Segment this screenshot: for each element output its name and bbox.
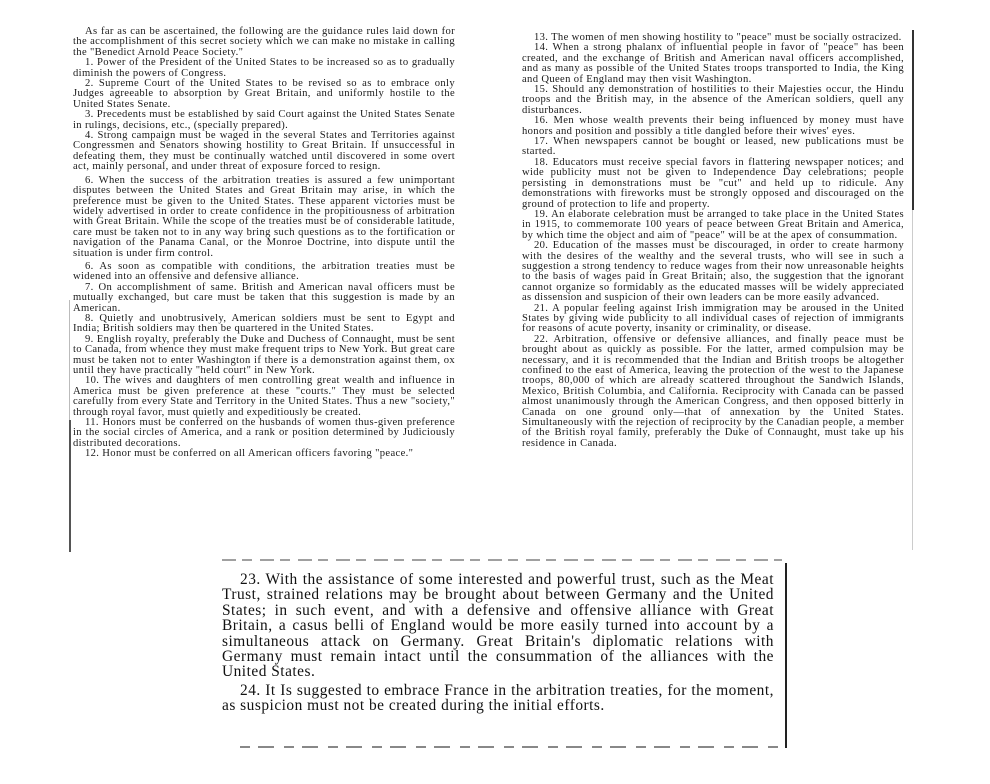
rule-21: 21. A popular feeling against Irish immi… xyxy=(522,304,904,335)
rule-4: 4. Strong campaign must be waged in the … xyxy=(73,131,455,173)
rule-1: 1. Power of the President of the United … xyxy=(73,58,455,79)
column-rule-bottom xyxy=(785,563,787,748)
column-rule-right-faint xyxy=(912,210,913,550)
rule-15: 15. Should any demonstration of hostilit… xyxy=(522,85,904,116)
rule-23: 23. With the assistance of some interest… xyxy=(222,572,774,680)
cut-off-text-line xyxy=(222,556,782,562)
rule-19: 19. An elaborate celebration must be arr… xyxy=(522,210,904,241)
bottom-section: 23. With the assistance of some interest… xyxy=(222,572,774,714)
rule-10: 10. The wives and daughters of men contr… xyxy=(73,376,455,418)
rule-24: 24. It Is suggested to embrace France in… xyxy=(222,683,774,714)
rule-16: 16. Men whose wealth prevents their bein… xyxy=(522,116,904,137)
column-rule-left-faint xyxy=(69,300,70,420)
rule-2: 2. Supreme Court of the United States to… xyxy=(73,79,455,110)
rule-3: 3. Precedents must be established by sai… xyxy=(73,110,455,131)
rule-12: 12. Honor must be conferred on all Ameri… xyxy=(73,449,455,459)
column-rule-left xyxy=(69,420,71,552)
rule-20: 20. Education of the masses must be disc… xyxy=(522,241,904,303)
rule-22: 22. Arbitration, offensive or defensive … xyxy=(522,335,904,449)
left-column: As far as can be ascertained, the follow… xyxy=(73,27,455,460)
rule-6b: 6. As soon as compatible with conditions… xyxy=(73,262,455,283)
rule-7: 7. On accomplishment of same. British an… xyxy=(73,283,455,314)
intro-paragraph: As far as can be ascertained, the follow… xyxy=(73,27,455,58)
rule-9: 9. English royalty, preferably the Duke … xyxy=(73,335,455,377)
cut-off-text-line-bottom xyxy=(240,746,780,749)
rule-14: 14. When a strong phalanx of influential… xyxy=(522,43,904,85)
right-column: 13. The women of men showing hostility t… xyxy=(522,33,904,449)
rule-18: 18. Educators must receive special favor… xyxy=(522,158,904,210)
rule-17: 17. When newspapers cannot be bought or … xyxy=(522,137,904,158)
column-rule-right xyxy=(912,30,914,210)
rule-11: 11. Honors must be conferred on the husb… xyxy=(73,418,455,449)
rule-8: 8. Quietly and unobtrusively, American s… xyxy=(73,314,455,335)
rule-6a: 6. When the success of the arbitration t… xyxy=(73,176,455,259)
